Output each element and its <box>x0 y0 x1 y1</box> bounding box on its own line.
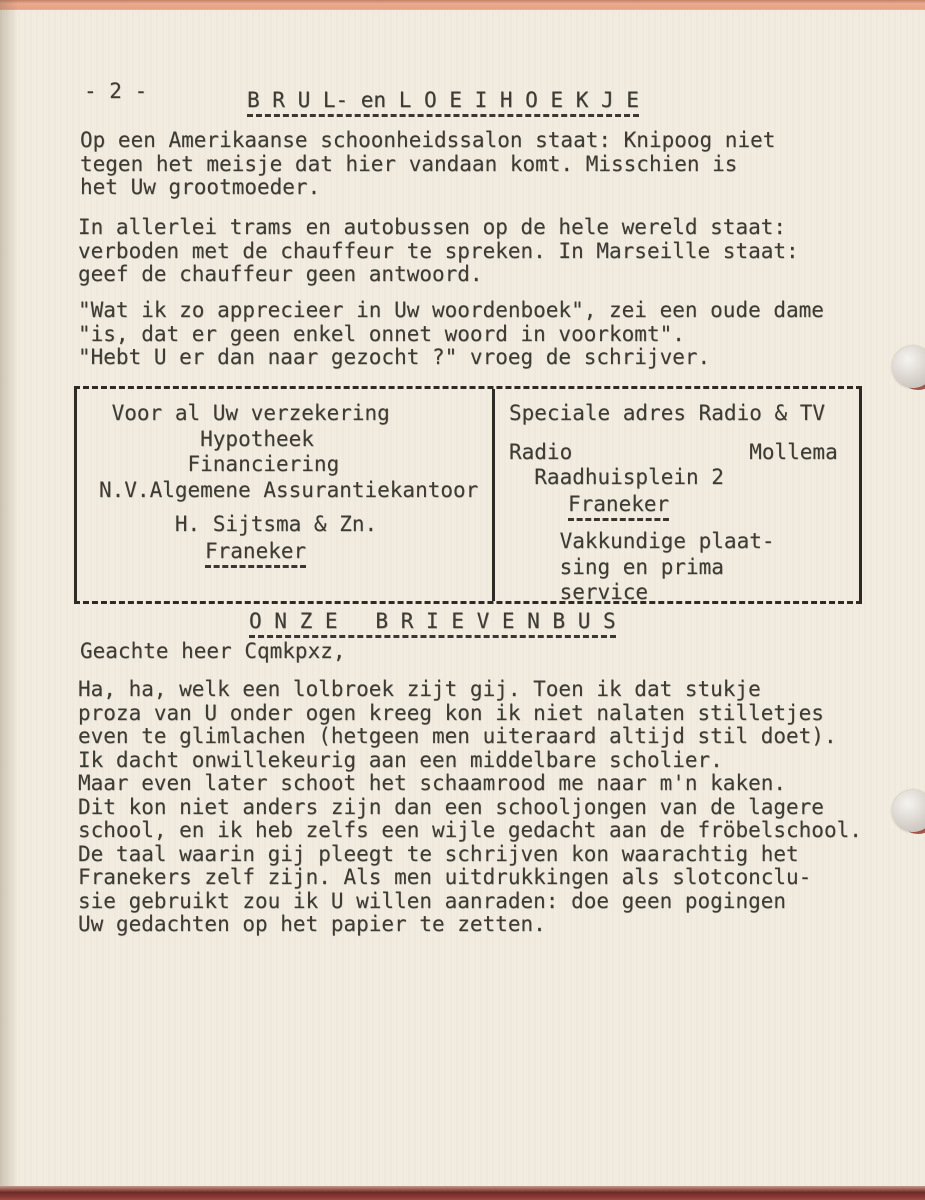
ad-sijtsma-services: Voor al Uw verzekering Hypotheek Financi… <box>99 401 492 503</box>
page-number: - 2 - <box>84 80 147 104</box>
letter-salutation: Geachte heer Cqmkpxz, <box>80 640 346 664</box>
ad-sijtsma-firm-name: H. Sijtsma & Zn. <box>99 512 492 538</box>
section-title-brul-en-loeihoekje: B R U L- en L O E I H O E K J E <box>247 88 639 117</box>
ad-sijtsma-city: Franeker <box>205 539 306 569</box>
advertisement-box: Voor al Uw verzekering Hypotheek Financi… <box>74 386 862 604</box>
ad-radio-header: Speciale adres Radio & TV <box>509 401 859 427</box>
ad-sijtsma-city-wrap: Franeker <box>205 539 492 569</box>
ad-radio-tagline: Vakkundige plaat- sing en prima service <box>509 529 859 606</box>
paragraph-beauty-salon: Op een Amerikaanse schoonheidssalon staa… <box>80 129 775 200</box>
ad-radio-city: Franeker <box>568 492 669 522</box>
scanned-page: - 2 - B R U L- en L O E I H O E K J E Op… <box>0 0 925 1200</box>
binding-edge-bottom <box>0 1186 925 1200</box>
ad-radio-city-wrap: Franeker <box>568 492 859 522</box>
ad-radio-address: Radio Mollema Raadhuisplein 2 <box>509 440 859 491</box>
punch-hole-bottom <box>892 790 925 832</box>
ad-radio-mollema: Speciale adres Radio & TV Radio Mollema … <box>492 389 859 601</box>
paragraph-woordenboek: "Wat ik zo apprecieer in Uw woordenboek"… <box>78 299 824 370</box>
ad-sijtsma-insurance: Voor al Uw verzekering Hypotheek Financi… <box>77 389 492 601</box>
section-title-onze-brievenbus: O N Z E B R I E V E N B U S <box>249 609 616 638</box>
binding-edge-top <box>0 0 925 10</box>
paragraph-trams: In allerlei trams en autobussen op de he… <box>78 216 799 287</box>
punch-hole-top <box>892 346 925 388</box>
letter-body: Ha, ha, welk een lolbroek zijt gij. Toen… <box>78 678 862 937</box>
page-edge-shadow <box>0 0 18 1200</box>
